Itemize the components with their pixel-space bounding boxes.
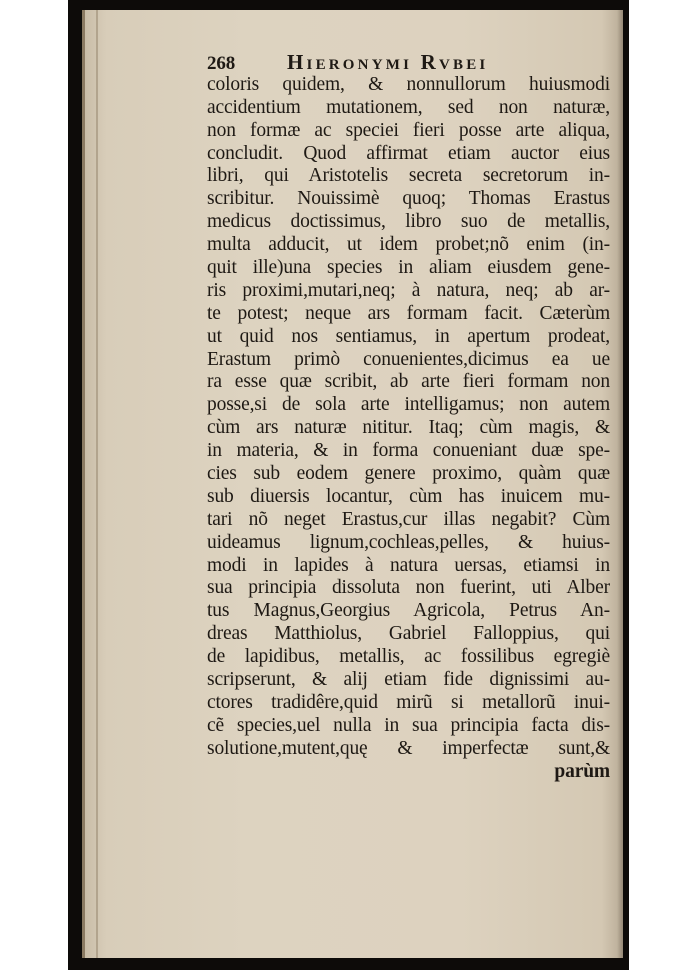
text-line: libri, qui Aristotelis secreta secretoru…: [207, 165, 610, 188]
running-head: 268 Hieronymi Rvbei: [207, 51, 615, 74]
catchword: parùm: [207, 761, 610, 784]
text-line: de lapidibus, metallis, ac fossilibus eg…: [207, 646, 610, 669]
text-line: ctores tradidêre,quid mirũ si metallorũ …: [207, 692, 610, 715]
text-line: modi in lapides à natura uersas, etiamsi…: [207, 555, 610, 578]
text-line: tari nõ neget Erastus,cur illas negabit?…: [207, 509, 610, 532]
text-line: sub diuersis locantur, cùm has inuicem m…: [207, 486, 610, 509]
text-line: dreas Matthiolus, Gabriel Falloppius, qu…: [207, 623, 610, 646]
text-line: sua principia dissoluta non fuerint, uti…: [207, 577, 610, 600]
text-line: in materia, & in forma conueniant duæ sp…: [207, 440, 610, 463]
text-line: quit ille)una species in aliam eiusdem g…: [207, 257, 610, 280]
text-line: ra esse quæ scribit, ab arte fieri forma…: [207, 371, 610, 394]
text-line: ut quid nos sentiamus, in apertum prodea…: [207, 326, 610, 349]
text-line: scripserunt, & alij etiam fide dignissim…: [207, 669, 610, 692]
text-line: coloris quidem, & nonnullorum huiusmodi: [207, 74, 610, 97]
text-line: accidentium mutationem, sed non naturæ,: [207, 97, 610, 120]
text-line: Erastum primò conuenientes,dicimus ea ue: [207, 349, 610, 372]
running-head-title: Hieronymi Rvbei: [287, 51, 488, 74]
text-line: posse,si de sola arte intelligamus; non …: [207, 394, 610, 417]
text-line: cies sub eodem genere proximo, quàm quæ: [207, 463, 610, 486]
text-line: non formæ ac speciei fieri posse arte al…: [207, 120, 610, 143]
page-gutter-edge: [96, 10, 98, 958]
text-line: multa adducit, ut idem probet;nõ enim (i…: [207, 234, 610, 257]
page-number: 268: [207, 53, 287, 76]
text-line: solutione,mutent,quę & imperfectæ sunt,&: [207, 738, 610, 761]
text-line: uideamus lignum,cochleas,pelles, & huius…: [207, 532, 610, 555]
text-line: scribitur. Nouissimè quoq; Thomas Erastu…: [207, 188, 610, 211]
text-line: cùm ars naturæ nititur. Itaq; cùm magis,…: [207, 417, 610, 440]
text-line: concludit. Quod affirmat etiam auctor ei…: [207, 143, 610, 166]
text-line: ris proximi,mutari,neq; à natura, neq; a…: [207, 280, 610, 303]
text-block: 268 Hieronymi Rvbei coloris quidem, & no…: [207, 51, 615, 784]
text-line: medicus doctissimus, libro suo de metall…: [207, 211, 610, 234]
text-line: te potest; neque ars formam facit. Cæter…: [207, 303, 610, 326]
text-line: tus Magnus,Georgius Agricola, Petrus An-: [207, 600, 610, 623]
text-line: cẽ species,uel nulla in sua principia fa…: [207, 715, 610, 738]
